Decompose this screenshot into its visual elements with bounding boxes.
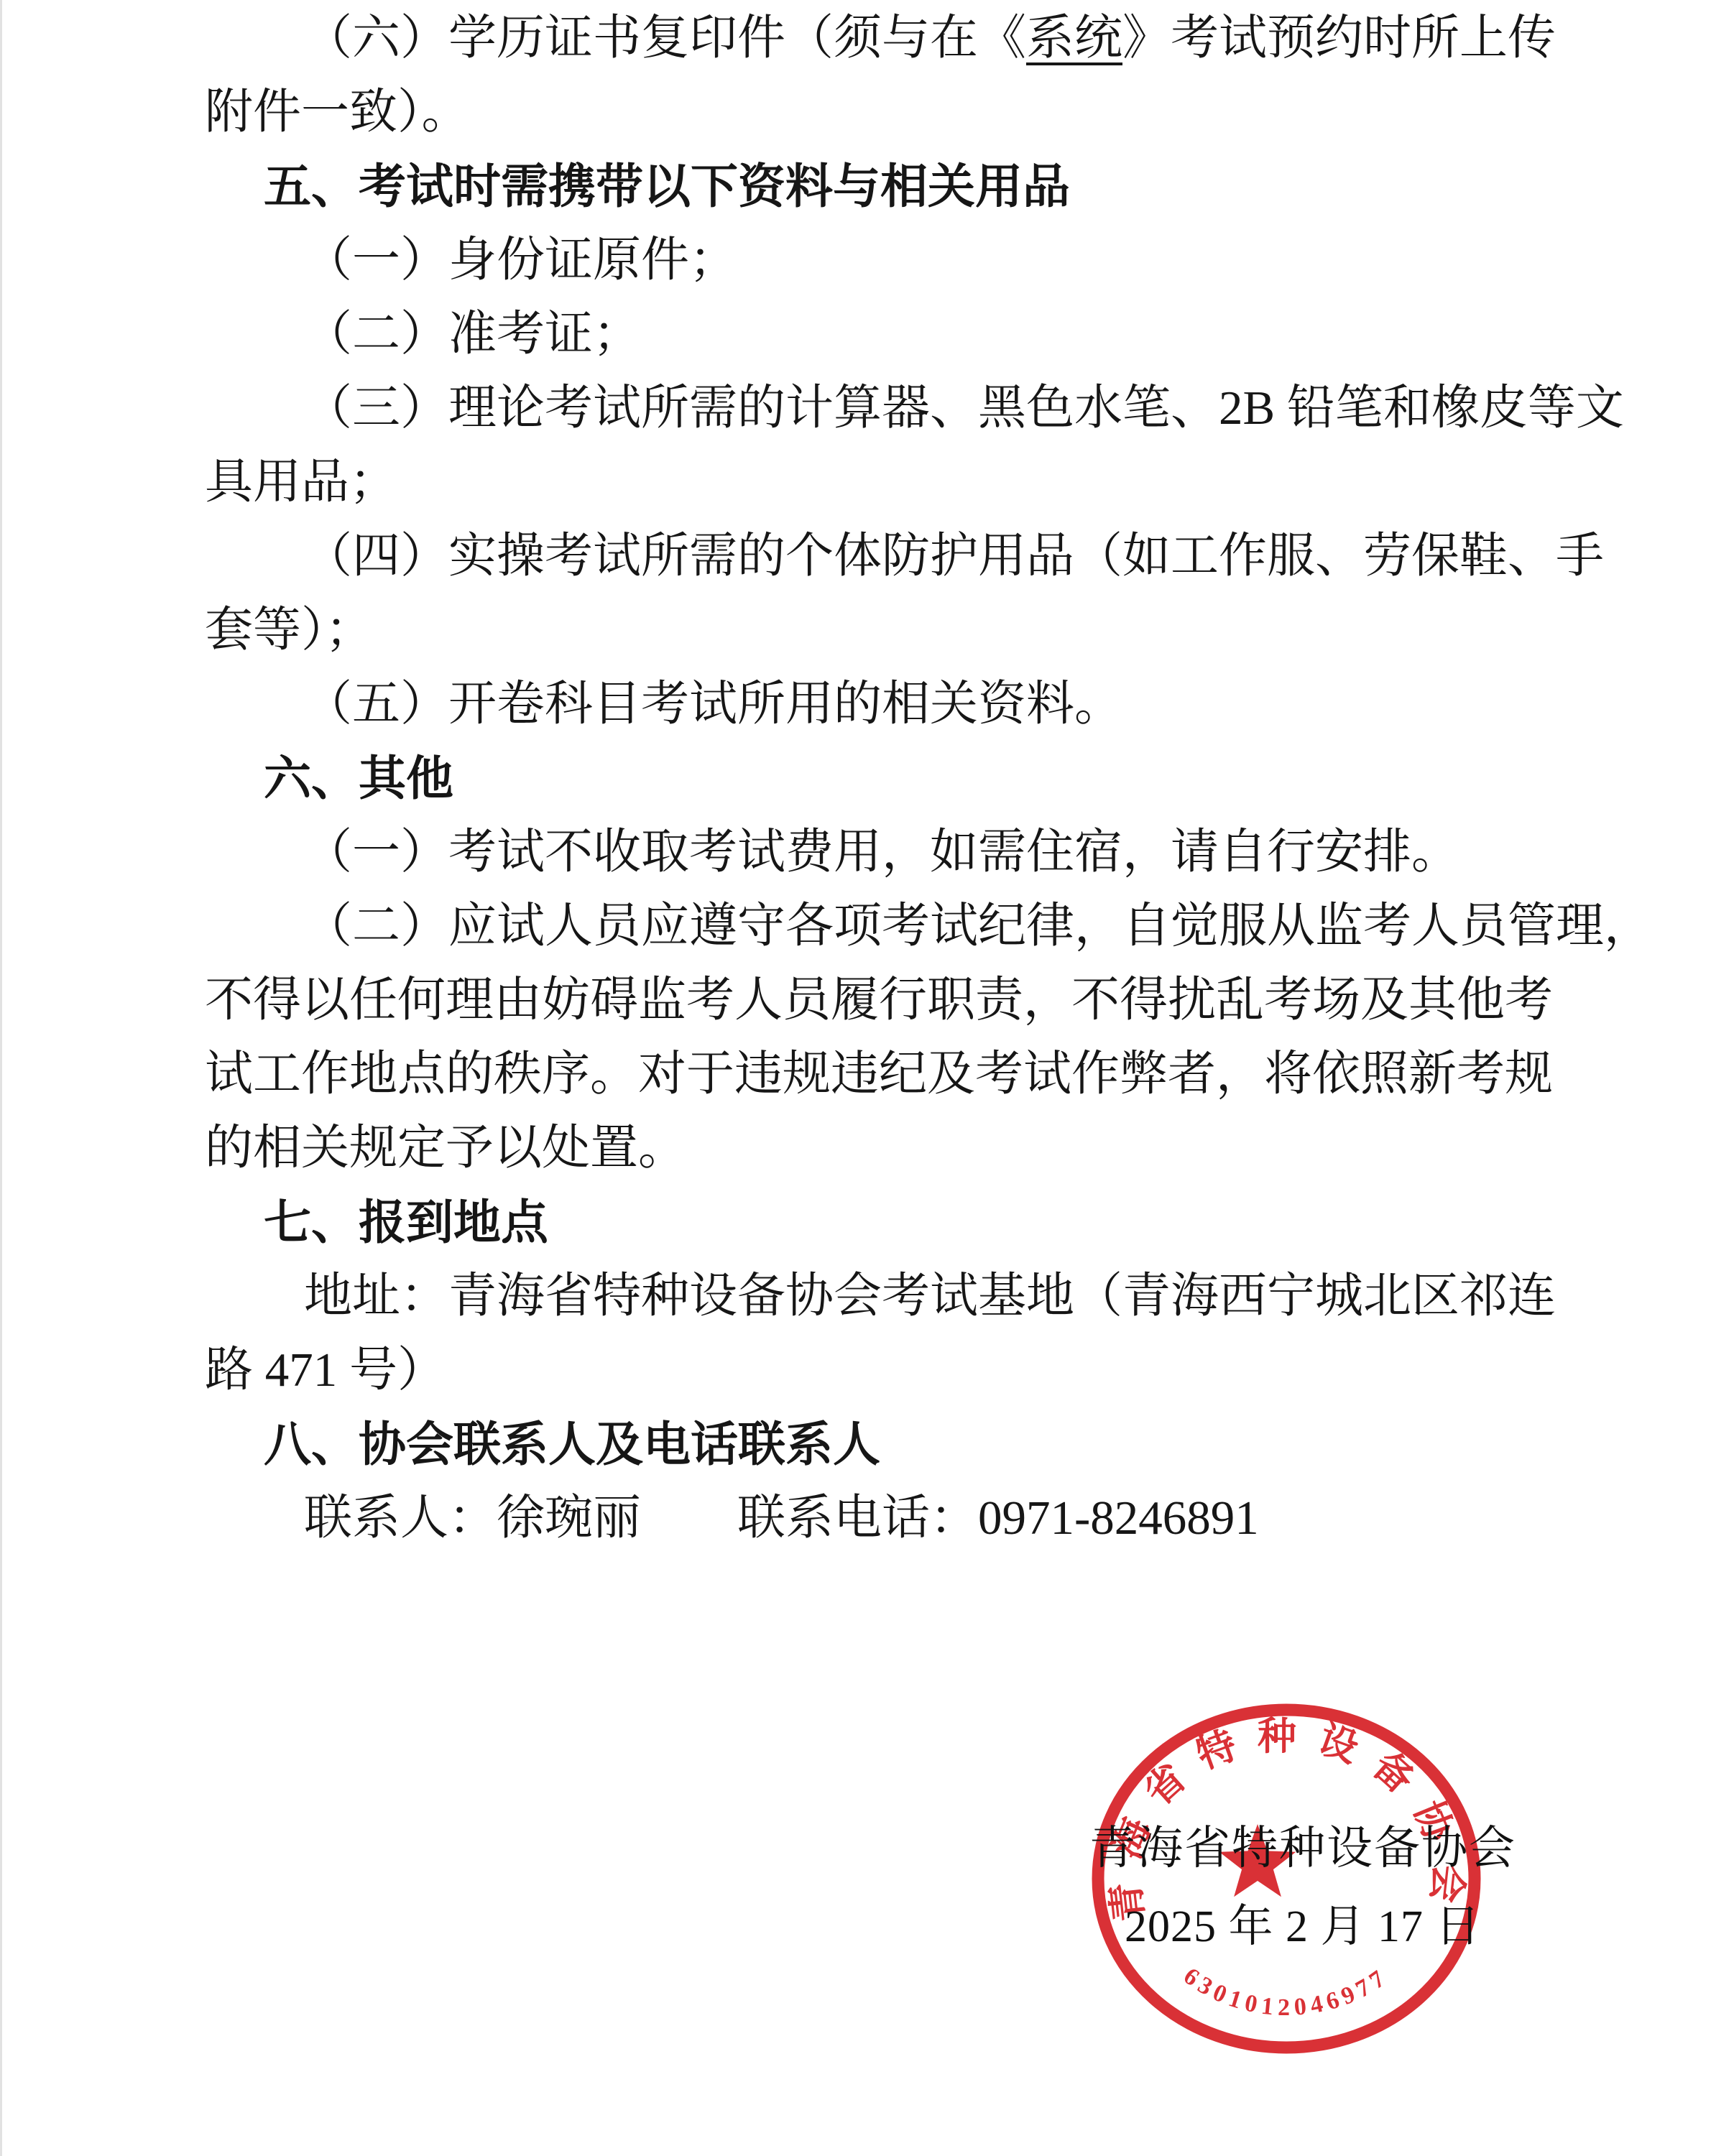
item-5-3-line-1: （三）理论考试所需的计算器、黑色水笔、2B 铅笔和橡皮等文	[205, 371, 1595, 445]
item-5-4-line-1: （四）实操考试所需的个体防护用品（如工作服、劳保鞋、手	[205, 519, 1595, 593]
text-segment: （六）学历证书复印件（须与在《	[304, 11, 1026, 65]
seal-arc-text-container: 青海省特种设备协会	[1102, 1715, 1470, 1923]
seal-arc-text: 青海省特种设备协会	[1102, 1715, 1470, 1923]
signature-organization-name: 青海省特种设备协会	[1089, 1825, 1516, 1872]
item-6-2-line-1: （二）应试人员应遵守各项考试纪律，自觉服从监考人员管理，	[205, 889, 1595, 963]
scan-edge-shadow	[0, 0, 2, 2156]
text-segment: 》考试预约时所上传	[1122, 11, 1556, 65]
item-6-1: （一）考试不收取考试费用，如需住宿，请自行安排。	[205, 815, 1595, 889]
heading-section-7: 七、报到地点	[205, 1185, 1595, 1259]
address-line-2: 路 471 号）	[205, 1333, 1595, 1407]
item-5-2: （二）准考证；	[205, 297, 1595, 371]
signature-date: 2025 年 2 月 17 日	[1125, 1904, 1481, 1950]
para-6-certificate-line-1: （六）学历证书复印件（须与在《系统》考试预约时所上传	[205, 1, 1595, 75]
scanned-document-page: { "colors": { "page_bg": "#ffffff", "tex…	[0, 0, 1711, 2156]
heading-section-8: 八、协会联系人及电话联系人	[205, 1407, 1595, 1481]
item-5-3-line-2: 具用品；	[205, 445, 1595, 519]
para-6-certificate-line-2: 附件一致）。	[205, 75, 1595, 149]
item-5-1: （一）身份证原件；	[205, 223, 1595, 297]
item-5-5: （五）开卷科目考试所用的相关资料。	[205, 667, 1595, 741]
item-6-2-line-4: 的相关规定予以处置。	[205, 1111, 1595, 1185]
heading-section-5: 五、考试时需携带以下资料与相关用品	[205, 149, 1595, 223]
item-5-4-line-2: 套等）；	[205, 593, 1595, 667]
official-seal: 青海省特种设备协会 6301012046977	[1064, 1688, 1509, 2069]
item-6-2-line-3: 试工作地点的秩序。对于违规违纪及考试作弊者，将依照新考规	[205, 1037, 1595, 1111]
item-6-2-line-2: 不得以任何理由妨碍监考人员履行职责，不得扰乱考场及其他考	[205, 963, 1595, 1037]
heading-section-6: 六、其他	[205, 741, 1595, 815]
contact-line: 联系人：徐琬丽 联系电话：0971-8246891	[205, 1481, 1595, 1555]
underlined-term: 系统	[1026, 11, 1122, 65]
seal-serial-container: 6301012046977	[1179, 1963, 1394, 2021]
seal-serial-number: 6301012046977	[1179, 1963, 1394, 2021]
document-body: （六）学历证书复印件（须与在《系统》考试预约时所上传附件一致）。五、考试时需携带…	[205, 1, 1595, 1555]
address-line-1: 地址：青海省特种设备协会考试基地（青海西宁城北区祁连	[205, 1259, 1595, 1333]
